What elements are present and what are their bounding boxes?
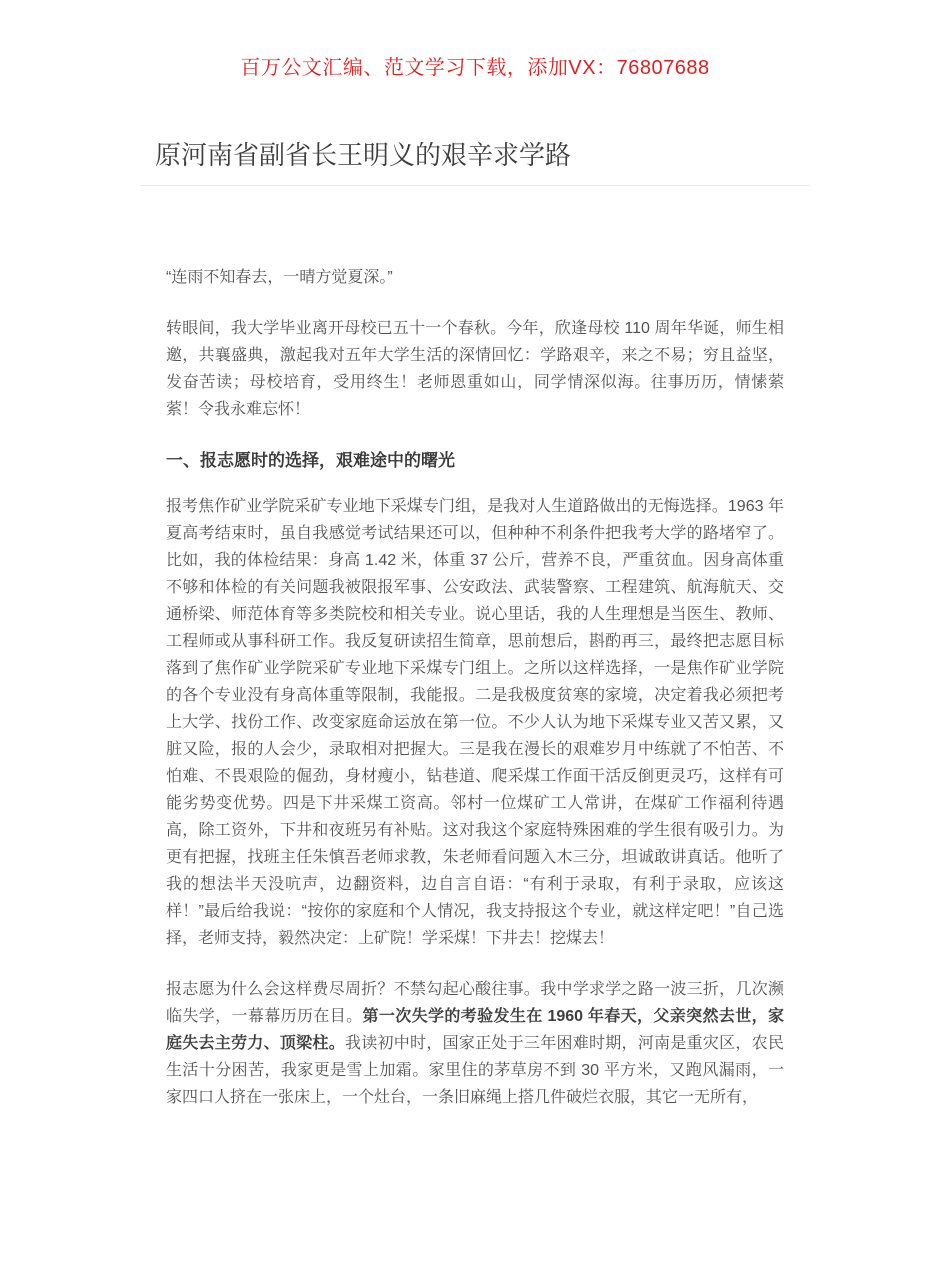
article-title: 原河南省副省长王明义的艰辛求学路 bbox=[140, 138, 810, 172]
article: 原河南省副省长王明义的艰辛求学路 “连雨不知春去，一晴方觉夏深。” 转眼间，我大… bbox=[140, 138, 810, 1175]
promo-banner-text: 百万公文汇编、范文学习下载，添加VX：76807688 bbox=[240, 57, 709, 79]
section-heading-1: 一、报志愿时的选择，艰难途中的曙光 bbox=[166, 447, 784, 474]
article-body: “连雨不知春去，一晴方觉夏深。” 转眼间，我大学毕业离开母校已五十一个春秋。今年… bbox=[140, 186, 810, 1175]
paragraph-memory: 报志愿为什么会这样费尽周折？不禁勾起心酸往事。我中学求学之路一波三折，几次濒临失… bbox=[166, 976, 784, 1111]
promo-banner: 百万公文汇编、范文学习下载，添加VX：76807688 bbox=[0, 55, 950, 81]
paragraph-choice: 报考焦作矿业学院采矿专业地下采煤专门组，是我对人生道路做出的无悔选择。1963 … bbox=[166, 493, 784, 952]
paragraph-reunion: 转眼间，我大学毕业离开母校已五十一个春秋。今年，欣逢母校 110 周年华诞，师生… bbox=[166, 315, 784, 423]
intro-quote: “连雨不知春去，一晴方觉夏深。” bbox=[166, 264, 784, 291]
